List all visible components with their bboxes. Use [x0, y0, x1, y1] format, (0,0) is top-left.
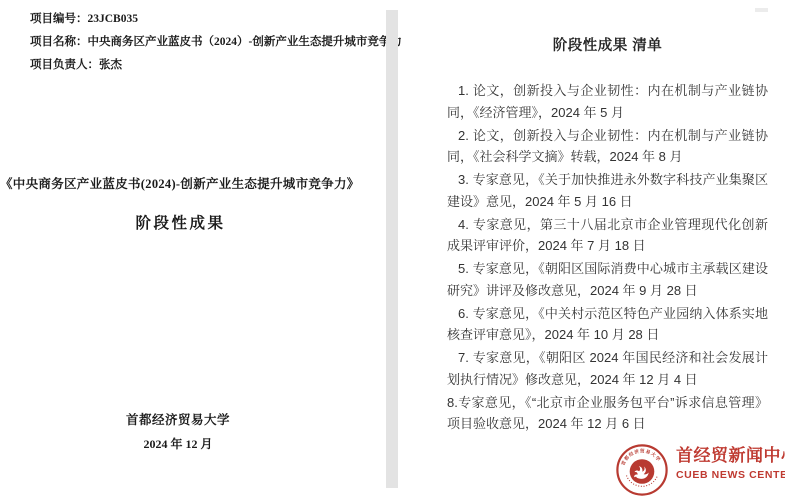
project-name-value: 中央商务区产业蓝皮书（2024）-创新产业生态提升城市竞争力 [88, 36, 402, 48]
project-name-row: 项目名称：中央商务区产业蓝皮书（2024）-创新产业生态提升城市竞争力 [30, 31, 402, 54]
list-item: 2. 论文，创新投入与企业韧性：内在机制与产业链协同，《社会科学文摘》转载，20… [447, 125, 768, 168]
document-view: 项目编号：23JCB035 项目名称：中央商务区产业蓝皮书（2024）-创新产业… [0, 0, 785, 499]
cover-subtitle: 阶段性成果 [0, 211, 359, 233]
list-item: 3. 专家意见，《关于加快推进永外数字科技产业集聚区建设》意见，2024 年 5… [447, 169, 768, 212]
project-number-label: 项目编号： [30, 13, 88, 25]
logo-text-block: 首经贸新闻中心 CUEB NEWS CENTER [676, 444, 785, 482]
cover-date: 2024 年 12 月 [0, 435, 356, 452]
list-item: 1. 论文，创新投入与企业韧性：内在机制与产业链协同，《经济管理》，2024 年… [447, 80, 768, 123]
cover-page: 项目编号：23JCB035 项目名称：中央商务区产业蓝皮书（2024）-创新产业… [0, 0, 386, 499]
page-gap-divider [386, 10, 398, 488]
cover-title: 《中央商务区产业蓝皮书(2024)-创新产业生态提升城市竞争力》 [0, 174, 356, 192]
list-item: 8.专家意见，《“北京市企业服务包平台”诉求信息管理》项目验收意见，2024 年… [447, 392, 768, 435]
institution-name: 首都经济贸易大学 [0, 410, 356, 428]
project-leader-row: 项目负责人：张杰 [30, 54, 402, 77]
project-leader-value: 张杰 [99, 59, 122, 71]
list-item: 6. 专家意见，《中关村示范区特色产业园纳入体系实地核查评审意见》，2024 年… [447, 303, 768, 346]
project-number-row: 项目编号：23JCB035 [30, 8, 402, 31]
logo-name-cn: 首经贸新闻中心 [676, 446, 785, 466]
university-seal-icon: 首都经济贸易大学 [616, 444, 668, 496]
list-item: 7. 专家意见，《朝阳区 2024 年国民经济和社会发展计划执行情况》修改意见，… [447, 347, 768, 390]
cueb-news-center-logo: 首都经济贸易大学 首经贸新闻中心 CUEB NEWS CENTER [616, 444, 785, 496]
list-item: 5. 专家意见，《朝阳区国际消费中心城市主承载区建设研究》讲评及修改意见，202… [447, 258, 768, 301]
logo-name-en: CUEB NEWS CENTER [676, 469, 785, 482]
results-heading: 阶段性成果 清单 [447, 34, 768, 55]
project-name-label: 项目名称： [30, 36, 88, 48]
list-item: 4. 专家意见，第三十八届北京市企业管理现代化创新成果评审评价，2024 年 7… [447, 214, 768, 257]
results-page: 阶段性成果 清单 1. 论文，创新投入与企业韧性：内在机制与产业链协同，《经济管… [398, 0, 785, 499]
project-leader-label: 项目负责人： [30, 59, 99, 71]
project-meta: 项目编号：23JCB035 项目名称：中央商务区产业蓝皮书（2024）-创新产业… [30, 8, 402, 77]
project-number-value: 23JCB035 [88, 13, 138, 25]
results-list: 1. 论文，创新投入与企业韧性：内在机制与产业链协同，《经济管理》，2024 年… [447, 80, 768, 436]
